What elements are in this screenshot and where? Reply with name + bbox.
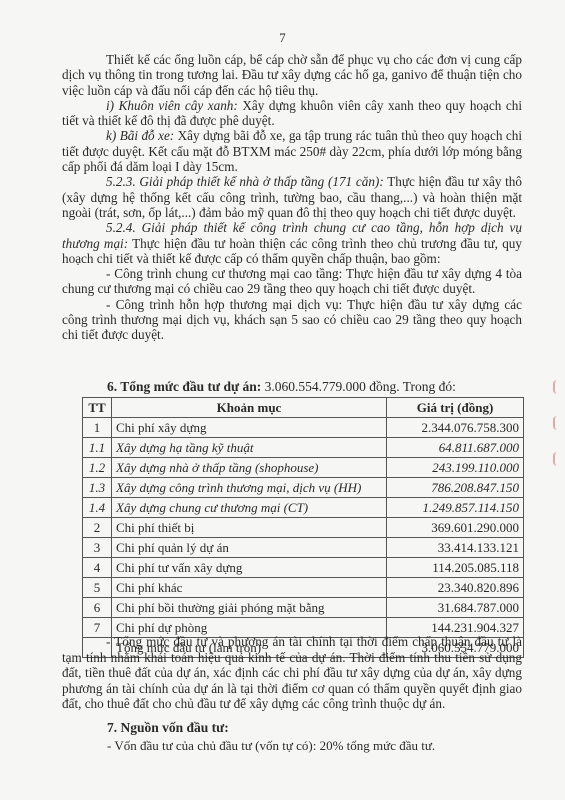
parking-label: k) Bãi đỗ xe: [106,128,174,143]
table-row: 1Chi phí xây dựng2.344.076.758.300 [83,418,524,438]
row-value: 64.811.687.000 [387,438,524,458]
paragraph-low-rise: 5.2.3. Giải pháp thiết kế nhà ở thấp tần… [62,174,522,220]
row-item: Chi phí bồi thường giải phóng mặt bằng [112,598,387,618]
header-value: Giá trị (đồng) [387,398,524,418]
row-tt: 2 [83,518,112,538]
paragraph-apartment: - Công trình chung cư thương mại cao tần… [62,266,522,297]
row-value: 243.199.110.000 [387,458,524,478]
row-item: Xây dựng hạ tầng kỹ thuật [112,438,387,458]
after-table-text: - Tổng mức đầu tư và phương án tài chính… [62,634,522,712]
row-item: Chi phí quản lý dự án [112,538,387,558]
row-value: 1.249.857.114.150 [387,498,524,518]
row-item: Xây dựng chung cư thương mại (CT) [112,498,387,518]
table-row: 1.4Xây dựng chung cư thương mại (CT)1.24… [83,498,524,518]
row-item: Xây dựng công trình thương mại, dịch vụ … [112,478,387,498]
row-tt: 1.3 [83,478,112,498]
section-6-heading: 6. Tổng mức đầu tư dự án: 3.060.554.779.… [107,379,456,395]
row-value: 114.205.085.118 [387,558,524,578]
table-row: 3Chi phí quản lý dự án33.414.133.121 [83,538,524,558]
row-item: Chi phí xây dựng [112,418,387,438]
row-value: 2.344.076.758.300 [387,418,524,438]
section-6-text: 3.060.554.779.000 đồng. Trong đó: [261,379,456,394]
table-row: 1.1Xây dựng hạ tầng kỹ thuật64.811.687.0… [83,438,524,458]
row-item: Xây dựng nhà ở thấp tầng (shophouse) [112,458,387,478]
row-tt: 1.2 [83,458,112,478]
row-value: 786.208.847.150 [387,478,524,498]
section-6-label: 6. Tổng mức đầu tư dự án: [107,379,261,394]
row-tt: 1.1 [83,438,112,458]
low-rise-label: 5.2.3. Giải pháp thiết kế nhà ở thấp tần… [106,174,384,189]
row-item: Chi phí thiết bị [112,518,387,538]
section-7-heading: 7. Nguồn vốn đầu tư: [107,720,229,736]
paragraph-green-park: i) Khuôn viên cây xanh: Xây dựng khuôn v… [62,98,522,129]
row-value: 23.340.820.896 [387,578,524,598]
table-header-row: TT Khoản mục Giá trị (đồng) [83,398,524,418]
row-tt: 4 [83,558,112,578]
row-value: 33.414.133.121 [387,538,524,558]
green-park-label: i) Khuôn viên cây xanh: [106,98,238,113]
row-value: 31.684.787.000 [387,598,524,618]
paragraph-mixed-use: - Công trình hỗn hợp thương mại dịch vụ:… [62,297,522,343]
row-item: Chi phí tư vấn xây dựng [112,558,387,578]
table-row: 6Chi phí bồi thường giải phóng mặt bằng3… [83,598,524,618]
row-value: 369.601.290.000 [387,518,524,538]
row-tt: 6 [83,598,112,618]
table-row: 5Chi phí khác23.340.820.896 [83,578,524,598]
paragraph-cable: Thiết kế các ống luồn cáp, bể cáp chờ sẵ… [62,52,522,98]
row-tt: 1.4 [83,498,112,518]
row-tt: 3 [83,538,112,558]
page-number: 7 [0,30,565,46]
paragraph-parking: k) Bãi đỗ xe: Xây dựng bãi đỗ xe, ga tập… [62,128,522,174]
header-item: Khoản mục [112,398,387,418]
row-tt: 1 [83,418,112,438]
investment-cost-table: TT Khoản mục Giá trị (đồng) 1Chi phí xây… [82,397,524,658]
row-tt: 5 [83,578,112,598]
high-rise-text: Thực hiện đầu tư hoàn thiện các công trì… [62,236,522,266]
table-row: 1.2Xây dựng nhà ở thấp tầng (shophouse)2… [83,458,524,478]
body-text: Thiết kế các ống luồn cáp, bể cáp chờ sẵ… [62,52,522,343]
paragraph-financial-note: - Tổng mức đầu tư và phương án tài chính… [62,634,522,712]
table-row: 2Chi phí thiết bị369.601.290.000 [83,518,524,538]
capital-source-line: - Vốn đầu tư của chủ đầu tư (vốn tự có):… [107,738,435,754]
row-item: Chi phí khác [112,578,387,598]
table-row: 4Chi phí tư vấn xây dựng114.205.085.118 [83,558,524,578]
paragraph-high-rise: 5.2.4. Giải pháp thiết kế công trình chu… [62,220,522,266]
table-row: 1.3Xây dựng công trình thương mại, dịch … [83,478,524,498]
header-tt: TT [83,398,112,418]
margin-stamp-marks [553,380,563,480]
